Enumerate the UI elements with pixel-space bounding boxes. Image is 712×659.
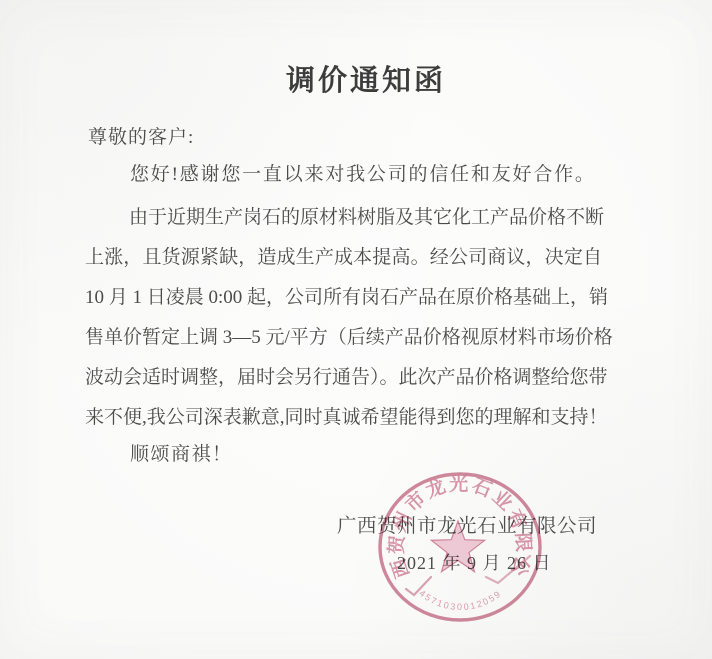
body-line: 10 月 1 日凌晨 0:00 起，公司所有岗石产品在原价格基础上，销 (85, 278, 602, 318)
letter-title: 调价通知函 (286, 58, 446, 99)
body-paragraph: 由于近期生产岗石的原材料树脂及其它化工产品价格不断 上涨，且货源紧缺，造成生产成… (85, 198, 602, 438)
body-line: 由于近期生产岗石的原材料树脂及其它化工产品价格不断 (85, 198, 602, 238)
seal-star-icon (431, 521, 484, 572)
greeting-line: 您好!感谢您一直以来对我公司的信任和友好合作。 (85, 160, 605, 190)
body-line: 售单价暂定上调 3—5 元/平方（后续产品价格视原材料市场价格 (85, 318, 602, 358)
body-line: 上涨，且货源紧缺，造成生产成本提高。经公司商议，决定自 (85, 238, 602, 278)
seal-serial-text: 4571030012059 (417, 588, 503, 612)
seal-serial-text-wrap: 4571030012059 (417, 588, 503, 612)
letter-page: 调价通知函 尊敬的客户: 您好!感谢您一直以来对我公司的信任和友好合作。 由于近… (0, 0, 712, 659)
body-line: 来不便,我公司深表歉意,同时真诚希望能得到您的理解和支持！ (85, 398, 602, 438)
body-line: 波动会适时调整，届时会另行通告）。此次产品价格调整给您带 (85, 358, 602, 398)
salutation: 尊敬的客户: (88, 122, 194, 149)
company-seal: 广西贺州市龙光石业有限公司 4571030012059 (368, 460, 558, 632)
